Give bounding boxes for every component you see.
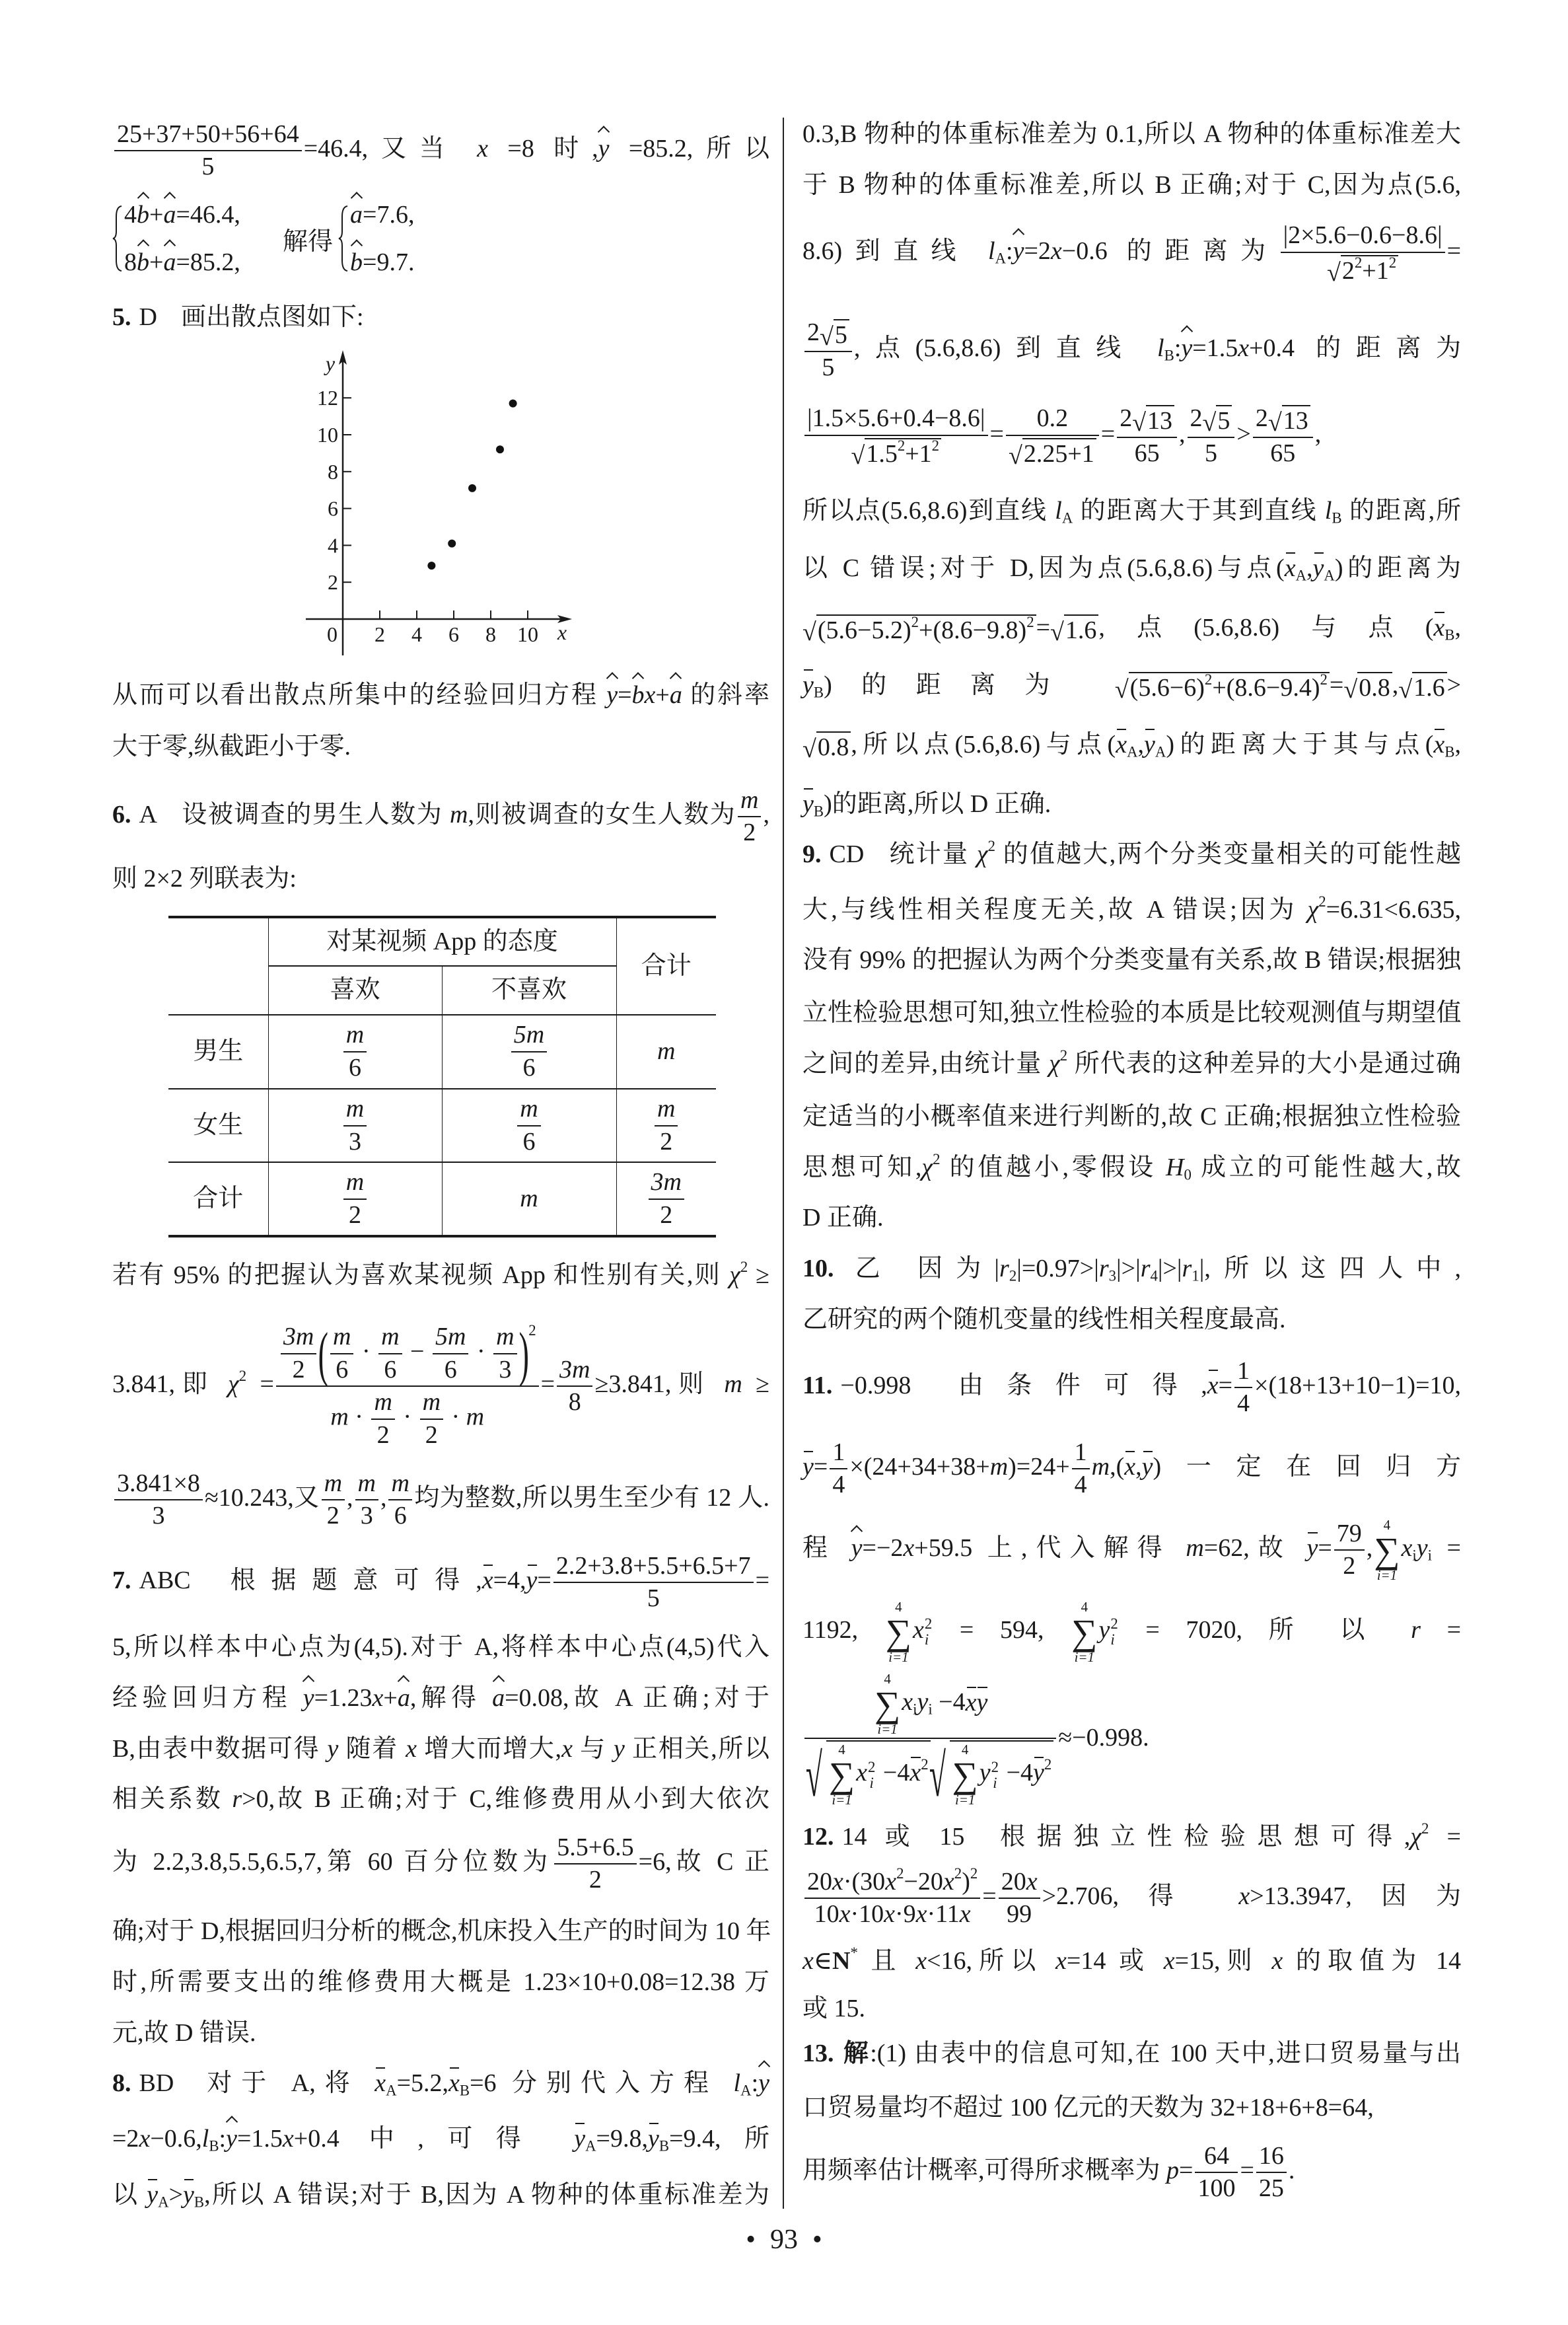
system-solutions: a=7.6, b=9.7. — [350, 191, 414, 286]
text-run: +(8.6−9.8) — [919, 616, 1026, 644]
table-row: 合计 m2 m 3m2 — [168, 1162, 716, 1236]
y-axis-ticks — [343, 398, 351, 582]
text-run: , — [1455, 731, 1462, 758]
frac-denominator: 5 — [553, 1583, 754, 1613]
text-run: 随着 — [338, 1735, 406, 1763]
superscript: 2 — [970, 1865, 978, 1882]
radicand: 2.25+1 — [1022, 438, 1096, 468]
text-run: , — [1392, 671, 1399, 699]
right-line-text: 1192, 4i=1x2i = 594, 4i=1y2i = 7020, 所 以… — [802, 1610, 1461, 1650]
mean-variable: y — [183, 2182, 194, 2207]
frac-numerator: 25 — [1188, 404, 1235, 438]
frac-numerator: m — [388, 1469, 411, 1501]
sup-sub-stack: 2i — [925, 1616, 932, 1648]
right-line-q11: 11.−0.998由条件可得,x=14×(18+13+10−1)=10, — [802, 1366, 1461, 1405]
square-root: 1.6 — [1398, 672, 1446, 702]
text-run: = — [1330, 671, 1343, 699]
fraction: m3 — [493, 1323, 517, 1384]
fraction: 0.22.25+1 — [1006, 404, 1099, 468]
table-cell: 5m6 — [442, 1015, 616, 1089]
text-run: 用频率估计概率,可得所求概率为 — [802, 2157, 1166, 2184]
frac-denominator: 6 — [511, 1052, 547, 1083]
frac-numerator: m — [420, 1388, 443, 1420]
question-number: 12. — [802, 1823, 834, 1851]
right-line-text: 255,点(5.6,8.6)到直线 lB:y=1.5x+0.4 的距离为 — [802, 328, 1461, 368]
text-run: =1.5 — [1192, 334, 1238, 362]
subscript: B — [1444, 743, 1454, 760]
text-run: 的距离,所 — [1342, 497, 1461, 525]
text-run: =7.6, — [363, 201, 414, 229]
math-variable: m — [466, 1403, 484, 1431]
left-line-q8: 8.BD对于 A,将 xA=5.2,xB=6 分别代入方程 lA:y — [112, 2063, 769, 2103]
math-variable: x — [1051, 237, 1062, 265]
text-run: ≈−0.998. — [1058, 1724, 1149, 1752]
square-root: (5.6−5.2)2+(8.6−9.8)2 — [802, 614, 1036, 645]
subscript: A — [1127, 743, 1137, 760]
radicand: 1.52+12 — [865, 438, 941, 468]
left-brace-icon — [112, 205, 123, 272]
hat-variable: a — [350, 202, 363, 227]
frac-numerator: m — [322, 1469, 345, 1501]
frac-denominator: 6 — [343, 1052, 367, 1083]
text-run: =6,故 C 正 — [639, 1848, 769, 1876]
text-run: = — [618, 681, 631, 709]
text-run: = — [1432, 1534, 1461, 1562]
table-cell: m6 — [442, 1089, 616, 1162]
hat-variable: y — [226, 2126, 237, 2151]
mean-variable: x — [448, 2071, 460, 2096]
frac-numerator: 1 — [1072, 1438, 1090, 1470]
text-run: ≥ — [748, 1261, 769, 1289]
text-run: 所以点(5.6,8.6)到直线 — [802, 497, 1055, 525]
right-line-text: 8.6)到直线 lA:y=2x−0.6 的距离为|2×5.6−0.6−8.6|2… — [802, 231, 1461, 271]
question-number: 9. — [802, 840, 822, 868]
mean-variable: y — [976, 1690, 987, 1715]
left-line-text: 时,所需要支出的维修费用大概是 1.23×10+0.08=12.38 万 — [112, 1962, 769, 2002]
frac-numerator: m — [343, 1021, 367, 1052]
text-run: 20 — [807, 1868, 832, 1896]
math-variable: x — [832, 1868, 843, 1896]
text-run: =62,故 — [1204, 1534, 1307, 1562]
fraction: 2.2+3.8+5.5+6.5+75 — [553, 1552, 754, 1613]
text-run: |>| — [1158, 1255, 1182, 1282]
left-line-text: 经验回归方程 y=1.23x+a,解得 a=0.08,故 A 正确;对于 — [112, 1678, 769, 1718]
math-variable: x — [802, 1947, 814, 1975]
math-variable: x — [1055, 1947, 1067, 1975]
text-run: −20 — [904, 1868, 943, 1896]
fraction: |2×5.6−0.6−8.6|22+12 — [1281, 221, 1445, 285]
math-variable: y — [1417, 1534, 1428, 1562]
subscript: 3 — [1109, 1267, 1116, 1284]
math-variable: x — [915, 1947, 927, 1975]
math-variable: x — [960, 1900, 971, 1928]
fraction: 255 — [1188, 404, 1235, 468]
right-line-text: 或 15. — [802, 1989, 1461, 2028]
text-run: = — [1421, 1616, 1461, 1644]
text-run: 7020, — [1186, 1616, 1242, 1644]
math-variable: x — [913, 1616, 924, 1644]
right-line-text: 以 C 错误;对于 D,因为点(5.6,8.6)与点(xA,yA)的距离为 — [802, 548, 1461, 588]
answer: D — [139, 303, 157, 331]
mean-variable: y — [526, 1568, 538, 1593]
text-run: =46.4,又当 — [304, 135, 477, 163]
page-number: •93• — [0, 2221, 1568, 2258]
right-line-text: yB)的距离,所以 D 正确. — [802, 784, 1461, 824]
math-variable: χ — [921, 1154, 933, 1181]
mean-variable: x — [1285, 556, 1296, 581]
row-label: 男生 — [168, 1015, 268, 1089]
text-run: 2 — [1120, 404, 1132, 432]
square-root: 0.8 — [1343, 672, 1392, 702]
text-run: 若有 95% 的把握认为喜欢某视频 App 和性别有关,则 — [112, 1261, 729, 1289]
mean-variable: x — [966, 1690, 977, 1715]
summation: 4i=1 — [952, 1743, 978, 1807]
text-run: =1.5 — [237, 2125, 283, 2153]
math-variable: χ — [228, 1370, 239, 1398]
natural-numbers-symbol: N — [832, 1947, 850, 1975]
right-line-text: yB)的距离为 (5.6−6)2+(8.6−9.4)2=0.8,1.6> — [802, 665, 1461, 705]
right-line-q13: 13.解:(1) 由表中的信息可知,在 100 天中,进口贸易量与出 — [802, 2034, 1461, 2073]
text-run: 思想可知, — [802, 1154, 921, 1181]
text-run: =46.4, — [176, 201, 240, 229]
table-cell: m2 — [268, 1162, 442, 1236]
text-run: ,所以点(5.6,8.6)与点( — [851, 731, 1116, 758]
right-line-text: 口贸易量均不超过 100 亿元的天数为 32+18+6+8=64, — [802, 2088, 1461, 2127]
text-run: 的取值为 14 — [1283, 1947, 1461, 1975]
square-root: 4i=1y2i −4y2 — [931, 1740, 1054, 1807]
page-number-value: 93 — [770, 2225, 798, 2255]
fraction: 25+37+50+56+645 — [114, 120, 302, 182]
math-variable: x — [283, 2125, 294, 2153]
frac-numerator: 20x·(30x2−20x2)2 — [804, 1868, 980, 1900]
mean-variable: x — [1433, 615, 1444, 640]
hat-variable: y — [1013, 239, 1024, 264]
text-run: 程 — [802, 1534, 851, 1562]
radicand: 0.8 — [816, 731, 851, 762]
text-run: 之间的差异,由统计量 — [802, 1050, 1049, 1078]
text-run: =0.08,故 A 正确;对于 — [505, 1684, 769, 1712]
mean-variable: x — [1116, 732, 1127, 757]
frac-denominator: 2 — [343, 1200, 367, 1230]
math-variable: l — [1055, 497, 1062, 525]
text-run: = — [982, 1882, 996, 1910]
math-variable: m — [450, 801, 468, 829]
text-run: = — [1429, 1823, 1461, 1851]
system-solution-1: a=7.6, — [350, 191, 414, 239]
superscript: 2 — [1389, 254, 1396, 271]
paren-close: ) — [518, 1323, 528, 1384]
math-variable: l — [1157, 334, 1164, 362]
text-run: 口贸易量均不超过 100 亿元的天数为 32+18+6+8=64, — [802, 2094, 1374, 2122]
subscript: B — [814, 803, 824, 819]
text-run: 1192, — [802, 1616, 858, 1644]
frac-numerator: |1.5×5.6+0.4−8.6| — [804, 404, 988, 436]
table-cell: 3m2 — [616, 1162, 716, 1236]
text-run: ·10 — [850, 1900, 884, 1928]
answer: ABC — [139, 1567, 191, 1594]
math-variable: χ — [729, 1261, 740, 1289]
text-run: = — [246, 1370, 274, 1398]
text-run: 的值越大,两个分类变量相关的可能性越 — [995, 840, 1461, 868]
sup-sub-stack: 2i — [868, 1759, 875, 1791]
frac-denominator: 2 — [655, 1126, 678, 1157]
text-run: +59.5 上,代入解得 — [914, 1534, 1186, 1562]
text-run: :(1) 由表中的信息可知,在 100 天中,进口贸易量与出 — [870, 2040, 1461, 2067]
sup-sub-stack: 2i — [991, 1759, 999, 1791]
right-line-text: x∈N* 且 x<16,所以 x=14 或 x=15,则 x 的取值为 14 — [802, 1941, 1461, 1981]
math-variable: x — [903, 1534, 914, 1562]
mean-variable: x — [1433, 732, 1444, 757]
frac-denominator: m · m2 · m2 · m — [276, 1387, 539, 1450]
summation: 4i=1 — [829, 1743, 855, 1807]
math-variable: H — [1166, 1154, 1184, 1181]
subscript: i — [991, 1775, 999, 1791]
superscript: 2 — [239, 1368, 246, 1384]
mean-variable: y — [1306, 1535, 1318, 1561]
y-tick-label: 6 — [328, 497, 338, 521]
text-run: 根据独立性检验思想可得, — [988, 1823, 1410, 1851]
frac-numerator: 213 — [1117, 404, 1177, 438]
superscript: 2 — [1318, 893, 1326, 910]
square-root: 2.25+1 — [1009, 438, 1096, 468]
subscript: 1 — [1192, 1267, 1199, 1284]
fraction: 3m8 — [557, 1356, 592, 1417]
subscript: A — [386, 2082, 396, 2098]
math-variable: x — [645, 681, 656, 709]
text-run: )一定在回归方 — [1153, 1453, 1461, 1481]
frac-numerator: m — [343, 1095, 367, 1126]
text-run: 2 — [1190, 404, 1203, 432]
left-line-1: 25+37+50+56+645=46.4,又当 x =8 时,y =85.2,所… — [112, 129, 769, 168]
frac-denominator: 22+12 — [1281, 253, 1445, 285]
frac-numerator: 3.841×8 — [114, 1469, 203, 1501]
text-run: )的距离大于其与点( — [1166, 731, 1433, 758]
text-run: 画出散点图如下: — [181, 303, 364, 331]
text-run: 设被调查的男生人数为 — [181, 801, 450, 829]
fraction: 3.841×83 — [114, 1469, 203, 1531]
fraction: m3 — [343, 1095, 367, 1156]
text-run: =5.2, — [397, 2069, 448, 2097]
text-run: , — [347, 1484, 353, 1512]
frac-denominator: 3 — [355, 1500, 378, 1531]
math-variable: p — [1166, 2157, 1179, 2184]
hat-variable: y — [606, 683, 618, 708]
text-run: , — [1455, 614, 1462, 642]
frac-numerator: 2.2+3.8+5.5+6.5+7 — [553, 1552, 754, 1584]
math-variable: y — [980, 1759, 991, 1787]
text-run: = — [1036, 614, 1050, 642]
radicand: 22+12 — [1341, 255, 1398, 285]
subscript: A — [1062, 509, 1073, 526]
fraction: 5m6 — [433, 1323, 468, 1384]
text-run: 相关系数 — [112, 1785, 232, 1813]
text-run: · — [445, 1403, 466, 1431]
x-tick-label: 4 — [411, 622, 422, 646]
sum-lower-limit: i=1 — [888, 1650, 908, 1664]
equation-system: 4b+a=46.4, 8b+a=85.2, 解得 a=7.6, b=9.7. — [112, 191, 414, 286]
text-run: ,( — [1110, 1453, 1124, 1481]
y-tick-label: 4 — [328, 533, 338, 557]
radicand: 0.8 — [1357, 672, 1392, 702]
data-point — [509, 400, 517, 408]
fraction: m6 — [517, 1095, 540, 1156]
text-run: ,则被调查的女生人数为 — [468, 801, 736, 829]
math-variable: x — [856, 1759, 867, 1787]
left-line-text: =2x−0.6,lB:y=1.5x+0.4 中,可得 yA=9.8,yB=9.4… — [112, 2119, 769, 2159]
text-run: )的距离为 — [824, 671, 1115, 699]
frac-denominator: 6 — [433, 1354, 468, 1385]
sum-lower-limit: i=1 — [832, 1793, 851, 1807]
frac-denominator: 5 — [804, 352, 852, 383]
text-run: 以 C 错误;对于 D,因为点(5.6,8.6)与点( — [802, 554, 1285, 582]
text-run: > — [1447, 671, 1461, 699]
frac-denominator: 99 — [999, 1899, 1040, 1929]
text-run: 因为| — [917, 1255, 999, 1282]
math-variable: x — [406, 1735, 417, 1763]
right-line-text: 用频率估计概率,可得所求概率为 p=64100=1625. — [802, 2151, 1461, 2190]
text-run: =15,则 — [1175, 1947, 1272, 1975]
frac-denominator: 3 — [493, 1354, 517, 1385]
table-cell: m3 — [268, 1089, 442, 1162]
math-variable: m — [330, 1403, 348, 1431]
frac-numerator: m — [493, 1323, 517, 1354]
text-run: 立性检验思想可知,独立性检验的本质是比较观测值与期望值 — [802, 999, 1462, 1027]
left-line-chi-square-formula: 3.841,即 χ2 =3m2(m6 · m6 − 5m6 · m3)2m · … — [112, 1364, 769, 1404]
text-run: =6.31<6.635, — [1326, 896, 1461, 924]
subscript: A — [585, 2137, 596, 2154]
text-run: >13.3947,因为 — [1250, 1882, 1461, 1910]
sum-lower-limit: i=1 — [955, 1793, 975, 1807]
hat-variable: b — [137, 250, 149, 275]
text-run: = — [933, 1616, 1000, 1644]
sum-lower-limit: i=1 — [1377, 1568, 1397, 1582]
table-header-dislike: 不喜欢 — [442, 966, 616, 1015]
frac-numerator: 213 — [1253, 404, 1313, 438]
y-tick-label: 8 — [328, 460, 338, 484]
left-line-text: 则 2×2 列联表为: — [112, 859, 769, 899]
x-tick-label: 6 — [448, 622, 459, 646]
square-root: 13 — [1268, 405, 1310, 435]
text-run: = — [1101, 420, 1115, 448]
text-run: = — [756, 1567, 769, 1594]
summation: 4i=1 — [874, 1672, 900, 1736]
y-tick-label: 12 — [317, 386, 338, 410]
fraction: m6 — [330, 1323, 353, 1384]
subscript: B — [194, 2194, 204, 2210]
text-run: −4 — [933, 1689, 966, 1716]
right-line-distance-formula: |1.5×5.6+0.4−8.6|1.52+12=0.22.25+1=21365… — [802, 414, 1461, 454]
text-run: +(8.6−9.4) — [1212, 674, 1320, 702]
math-variable: m — [520, 1185, 538, 1212]
answer: 乙 — [842, 1255, 894, 1282]
subscript: 2 — [1009, 1267, 1016, 1284]
table-header-group: 对某视频 App 的态度 — [268, 917, 616, 966]
math-variable: m — [1092, 1453, 1110, 1481]
text-run: > — [169, 2181, 183, 2209]
subscript: B — [1164, 347, 1174, 363]
text-run: −4 — [1000, 1759, 1033, 1787]
text-run: · — [397, 1403, 418, 1431]
summation: 4i=1 — [886, 1600, 911, 1664]
frac-denominator: 65 — [1117, 438, 1177, 468]
text-run: = — [1219, 1372, 1232, 1399]
math-variable: x — [943, 1868, 954, 1896]
text-run: =2 — [1024, 237, 1050, 265]
text-run: · — [349, 1403, 370, 1431]
frac-denominator: 6 — [517, 1126, 540, 1157]
text-run: 2 — [1342, 257, 1355, 285]
text-run: =85.2, — [176, 248, 240, 276]
text-run: =−2 — [863, 1534, 904, 1562]
hat-variable: a — [670, 683, 682, 708]
radicand: 4i=1y2i −4y2 — [950, 1740, 1054, 1807]
text-run: =6 分别代入方程 — [470, 2069, 733, 2097]
math-variable: l — [734, 2069, 741, 2097]
radicand: (5.6−6)2+(8.6−9.4)2 — [1129, 672, 1330, 702]
text-run: =4, — [493, 1567, 526, 1594]
mean-variable: y — [802, 1454, 814, 1479]
text-run: 0.3,B 物种的体重标准差为 0.1,所以 A 物种的体重标准差大 — [802, 120, 1461, 148]
superscript: 2 — [1421, 1820, 1429, 1837]
question-number: 13. — [802, 2040, 834, 2067]
text-run: , — [1315, 420, 1322, 448]
text-run: D 正确. — [802, 1204, 883, 1232]
text-run: +1 — [1362, 257, 1388, 285]
math-variable: r — [1141, 1255, 1151, 1282]
text-run: = — [541, 1370, 555, 1398]
question-number: 7. — [112, 1567, 131, 1594]
math-variable: m — [1186, 1534, 1203, 1562]
text-run: 确;对于 D,根据回归分析的概念,机床投入生产的时间为 10 年 — [112, 1917, 771, 1945]
frac-denominator: 5 — [114, 151, 302, 182]
subscript: A — [1324, 567, 1334, 583]
text-run: (5.6−5.2) — [818, 616, 911, 644]
math-variable: y — [327, 1735, 338, 1763]
frac-denominator: 6 — [330, 1354, 353, 1385]
text-run: 所代表的这种差异的大小是通过确 — [1067, 1050, 1461, 1078]
text-run: ×(18+13+10−1)=10, — [1254, 1372, 1461, 1399]
math-variable: m — [724, 1370, 742, 1398]
math-variable: χ — [1410, 1823, 1421, 1851]
text-run: ,点(5.6,8.6)与点( — [1098, 614, 1433, 642]
mean-variable: x — [909, 1760, 921, 1785]
text-run: 对于 A,将 — [197, 2069, 374, 2097]
text-run: 大于零,纵截距小于零. — [112, 733, 351, 760]
frac-denominator: 5 — [1188, 438, 1235, 468]
math-variable: x — [1271, 1947, 1283, 1975]
frac-numerator: m — [330, 1323, 353, 1354]
math-variable: y — [614, 1735, 625, 1763]
text-run: 8.6)到直线 — [802, 237, 988, 265]
table-cell: m2 — [616, 1089, 716, 1162]
fraction: 5m6 — [511, 1021, 547, 1082]
table-cell: m — [442, 1162, 616, 1236]
right-line-text: 0.8,所以点(5.6,8.6)与点(xA,yA)的距离大于其与点(xB, — [802, 725, 1461, 764]
subscript: B — [209, 2137, 219, 2154]
text-run: = — [1240, 2157, 1254, 2184]
fraction: 21365 — [1253, 404, 1313, 468]
frac-denominator: 25 — [1256, 2173, 1287, 2203]
data-point — [468, 484, 476, 492]
text-run: , — [380, 1484, 387, 1512]
text-run: , — [1367, 1534, 1373, 1562]
math-variable: y — [1098, 1616, 1110, 1644]
right-line-q9: 9.CD统计量 χ2 的值越大,两个分类变量相关的可能性越 — [802, 834, 1461, 874]
superscript: 2 — [1320, 671, 1328, 688]
text-run: ·(30 — [843, 1868, 885, 1896]
column-divider — [783, 118, 784, 2209]
text-run: )的距离,所以 D 正确. — [824, 790, 1051, 818]
